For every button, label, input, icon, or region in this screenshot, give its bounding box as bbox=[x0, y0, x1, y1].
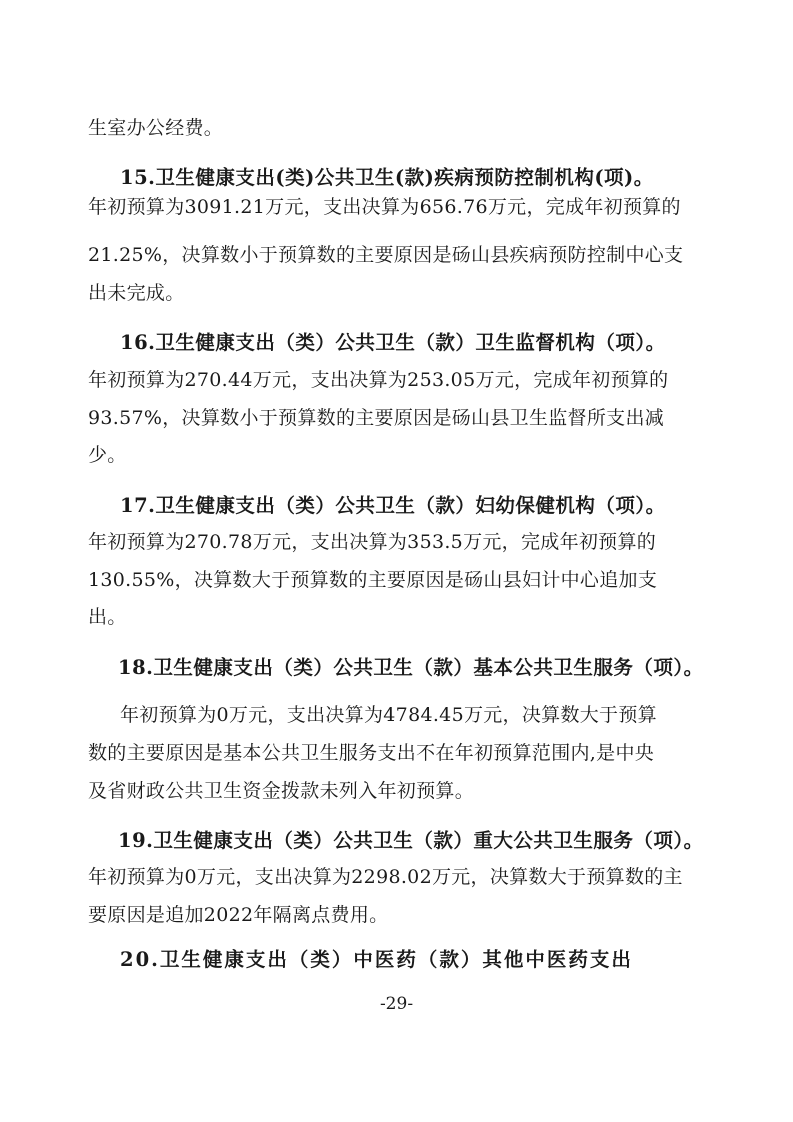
continuation-text: 生室办公经费。 bbox=[88, 113, 223, 140]
section-16-line-3: 少。 bbox=[88, 440, 127, 467]
section-15-line-2: 21.25%，决算数小于预算数的主要原因是砀山县疾病预防控制中心支 bbox=[88, 240, 683, 267]
section-20-heading: 20.卫生健康支出（类）中医药（款）其他中医药支出 bbox=[120, 944, 633, 972]
section-18-heading: 18.卫生健康支出（类）公共卫生（款）基本公共卫生服务（项）。 bbox=[118, 652, 704, 680]
section-18-line-1: 年初预算为0万元，支出决算为4784.45万元，决算数大于预算 bbox=[120, 700, 657, 727]
section-17-line-2: 130.55%，决算数大于预算数的主要原因是砀山县妇计中心追加支 bbox=[88, 565, 657, 592]
section-17-line-1: 年初预算为270.78万元，支出决算为353.5万元，完成年初预算的 bbox=[88, 527, 656, 554]
section-15-heading: 15.卫生健康支出(类)公共卫生(款)疾病预防控制机构(项)。 bbox=[120, 162, 654, 190]
section-16-line-1: 年初预算为270.44万元，支出决算为253.05万元，完成年初预算的 bbox=[88, 365, 668, 392]
section-16-heading: 16.卫生健康支出（类）公共卫生（款）卫生监督机构（项）。 bbox=[120, 327, 666, 355]
section-18-line-3: 及省财政公共卫生资金拨款未列入年初预算。 bbox=[88, 776, 474, 803]
section-19-line-1: 年初预算为0万元，支出决算为2298.02万元，决算数大于预算数的主 bbox=[88, 862, 683, 889]
section-17-heading: 17.卫生健康支出（类）公共卫生（款）妇幼保健机构（项）。 bbox=[120, 490, 666, 518]
section-16-line-2: 93.57%，决算数小于预算数的主要原因是砀山县卫生监督所支出减 bbox=[88, 403, 664, 430]
section-17-line-3: 出。 bbox=[88, 602, 127, 629]
section-15-line-1: 年初预算为3091.21万元，支出决算为656.76万元，完成年初预算的 bbox=[88, 192, 681, 219]
page-number: -29- bbox=[0, 994, 793, 1014]
section-19-heading: 19.卫生健康支出（类）公共卫生（款）重大公共卫生服务（项）。 bbox=[118, 825, 704, 853]
section-19-line-2: 要原因是追加2022年隔离点费用。 bbox=[88, 900, 388, 927]
section-15-line-3: 出未完成。 bbox=[88, 278, 185, 305]
section-18-line-2: 数的主要原因是基本公共卫生服务支出不在年初预算范围内,是中央 bbox=[88, 738, 654, 765]
